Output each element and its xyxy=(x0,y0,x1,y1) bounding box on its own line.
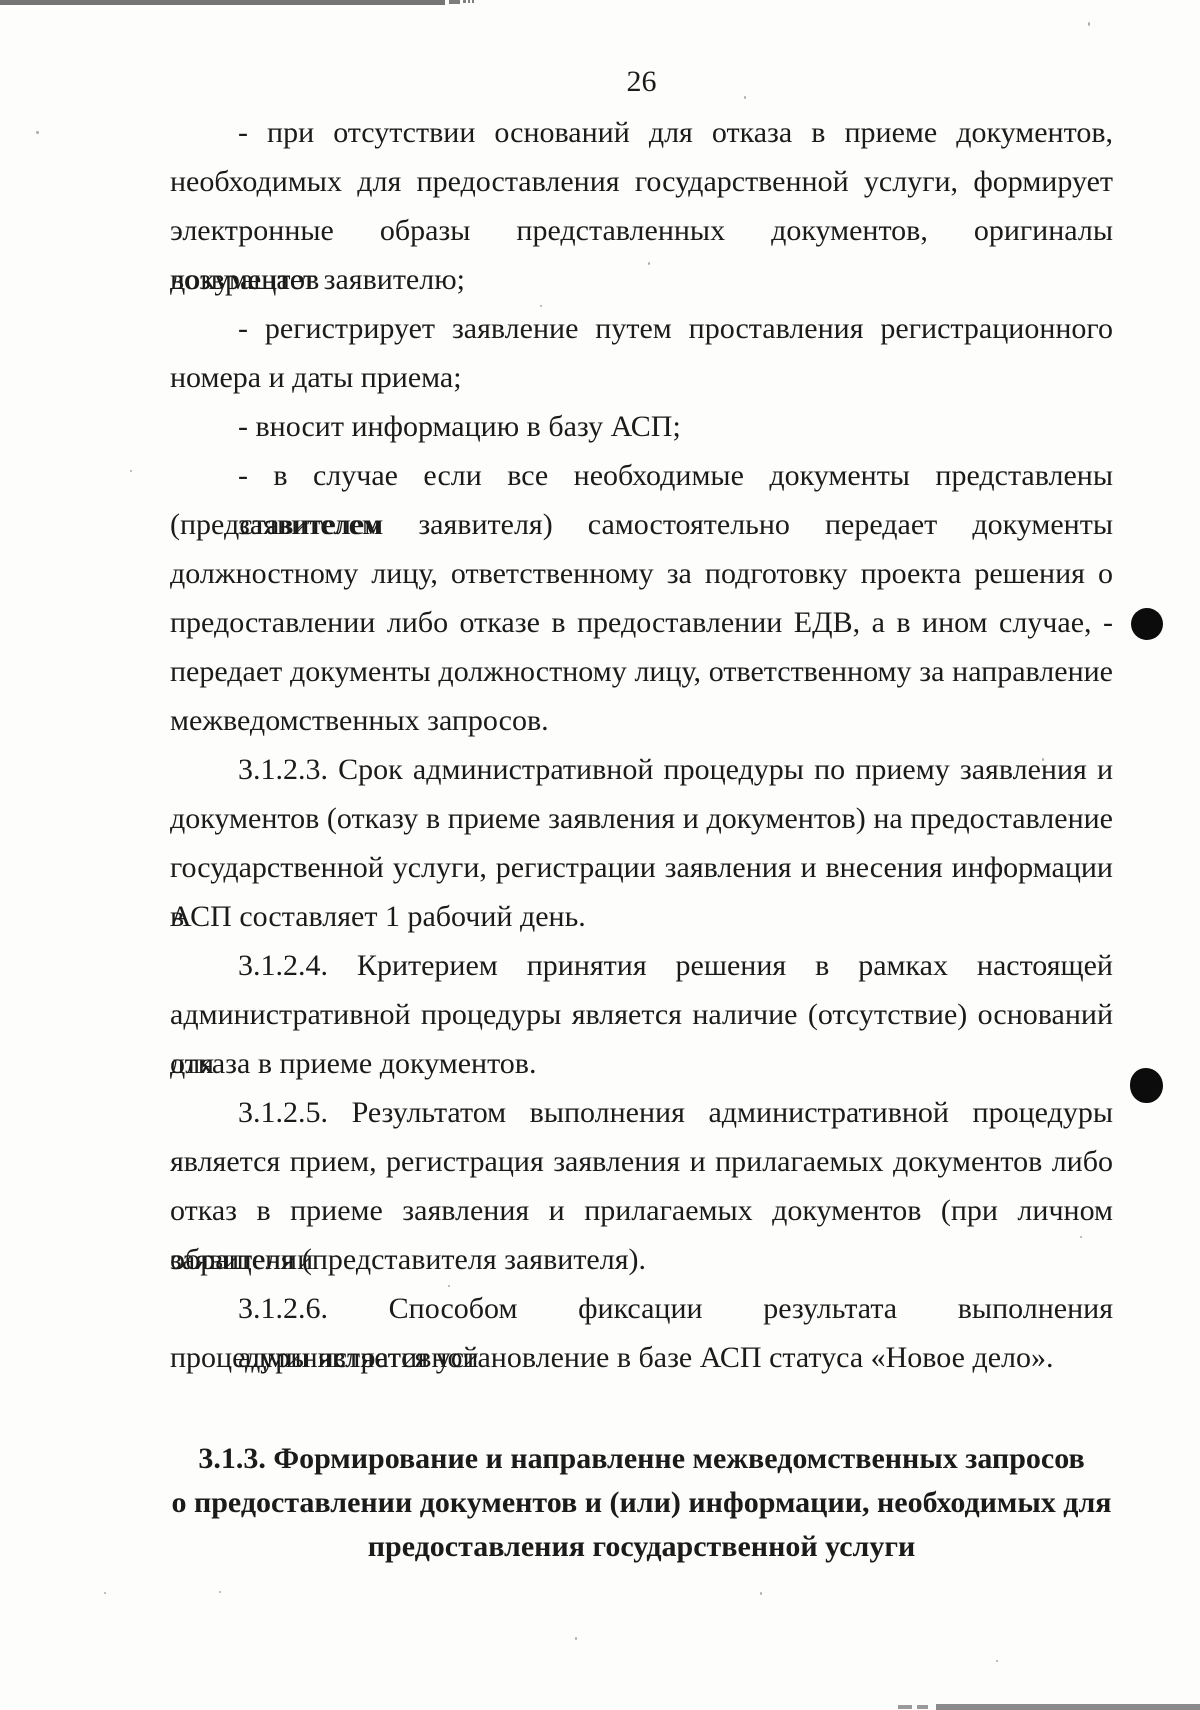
text-line: отказа в приеме документов. xyxy=(170,1039,1113,1088)
paragraph-bullet-3: - вносит информацию в базу АСП; xyxy=(170,402,1113,451)
text-line: должностному лицу, ответственному за под… xyxy=(170,549,1113,598)
text-line: необходимых для предоставления государст… xyxy=(170,157,1113,206)
text-line: межведомственных запросов. xyxy=(170,696,1113,745)
scan-speck xyxy=(996,1660,998,1662)
bottom-scan-bar-dash xyxy=(898,1705,912,1709)
scan-speck xyxy=(130,470,132,472)
text-line: заявителя (представителя заявителя). xyxy=(170,1235,1113,1284)
scan-speck xyxy=(744,96,746,99)
heading-line: предоставления государственной услуги xyxy=(170,1525,1113,1569)
hole-punch-bottom xyxy=(1130,1068,1163,1103)
page: 26 - при отсутствии оснований для отказа… xyxy=(0,0,1200,1710)
top-scan-bar xyxy=(0,0,445,5)
top-scan-bar-tick xyxy=(468,0,470,3)
text-line: - в случае если все необходимые документ… xyxy=(170,451,1113,500)
text-line: (представителем заявителя) самостоятельн… xyxy=(170,500,1113,549)
scan-speck xyxy=(648,262,650,265)
scan-speck xyxy=(575,1637,577,1640)
scan-speck xyxy=(448,1285,450,1287)
heading-line: о предоставлении документов и (или) инфо… xyxy=(170,1481,1113,1525)
text-line: 3.1.2.5. Результатом выполнения админист… xyxy=(170,1088,1113,1137)
text-line: - регистрирует заявление путем проставле… xyxy=(170,304,1113,353)
paragraph-3-1-2-3: 3.1.2.3. Срок административной процедуры… xyxy=(170,745,1113,941)
paragraph-bullet-1: - при отсутствии оснований для отказа в … xyxy=(170,108,1113,304)
text-line: является прием, регистрация заявления и … xyxy=(170,1137,1113,1186)
top-scan-bar-segment xyxy=(449,0,460,4)
text-line: электронные образы представленных докуме… xyxy=(170,206,1113,255)
page-number: 26 xyxy=(170,64,1113,100)
scan-speck xyxy=(36,131,39,134)
scan-speck xyxy=(104,1592,106,1594)
section-heading-3-1-3: 3.1.3. Формирование и направленне межвед… xyxy=(170,1437,1113,1569)
text-line: государственной услуги, регистрации заяв… xyxy=(170,843,1113,892)
text-line: отказ в приеме заявления и прилагаемых д… xyxy=(170,1186,1113,1235)
text-line: - вносит информацию в базу АСП; xyxy=(170,402,1113,451)
scan-speck xyxy=(540,305,542,307)
text-line: передает документы должностному лицу, от… xyxy=(170,647,1113,696)
text-line: административной процедуры является нали… xyxy=(170,990,1113,1039)
text-line: предоставлении либо отказе в предоставле… xyxy=(170,598,1113,647)
top-scan-bar-tick xyxy=(472,0,474,3)
scan-speck xyxy=(760,1592,762,1595)
document-body: - при отсутствии оснований для отказа в … xyxy=(170,108,1113,1382)
paragraph-3-1-2-4: 3.1.2.4. Критерием принятия решения в ра… xyxy=(170,941,1113,1088)
text-line: 3.1.2.4. Критерием принятия решения в ра… xyxy=(170,941,1113,990)
bottom-scan-bar xyxy=(936,1704,1200,1710)
top-scan-bar-tick xyxy=(463,0,466,3)
heading-line: 3.1.3. Формирование и направленне межвед… xyxy=(170,1437,1113,1481)
paragraph-bullet-4: - в случае если все необходимые документ… xyxy=(170,451,1113,745)
text-line: номера и даты приема; xyxy=(170,353,1113,402)
scan-speck xyxy=(1088,22,1090,26)
text-line: - при отсутствии оснований для отказа в … xyxy=(170,108,1113,157)
scan-speck xyxy=(219,1591,221,1593)
scan-speck xyxy=(836,182,838,184)
paragraph-3-1-2-6: 3.1.2.6. Способом фиксации результата вы… xyxy=(170,1284,1113,1382)
scan-speck xyxy=(1042,758,1044,761)
paragraph-bullet-2: - регистрирует заявление путем проставле… xyxy=(170,304,1113,402)
paragraph-3-1-2-5: 3.1.2.5. Результатом выполнения админист… xyxy=(170,1088,1113,1284)
scan-speck xyxy=(1080,1236,1082,1238)
text-line: процедуры является установление в базе А… xyxy=(170,1333,1113,1382)
bottom-scan-bar-dash xyxy=(917,1705,928,1709)
hole-punch-top xyxy=(1131,608,1163,640)
text-line: возвращает заявителю; xyxy=(170,255,1113,304)
text-line: АСП составляет 1 рабочий день. xyxy=(170,892,1113,941)
text-line: 3.1.2.3. Срок административной процедуры… xyxy=(170,745,1113,794)
text-line: 3.1.2.6. Способом фиксации результата вы… xyxy=(170,1284,1113,1333)
text-line: документов (отказу в приеме заявления и … xyxy=(170,794,1113,843)
